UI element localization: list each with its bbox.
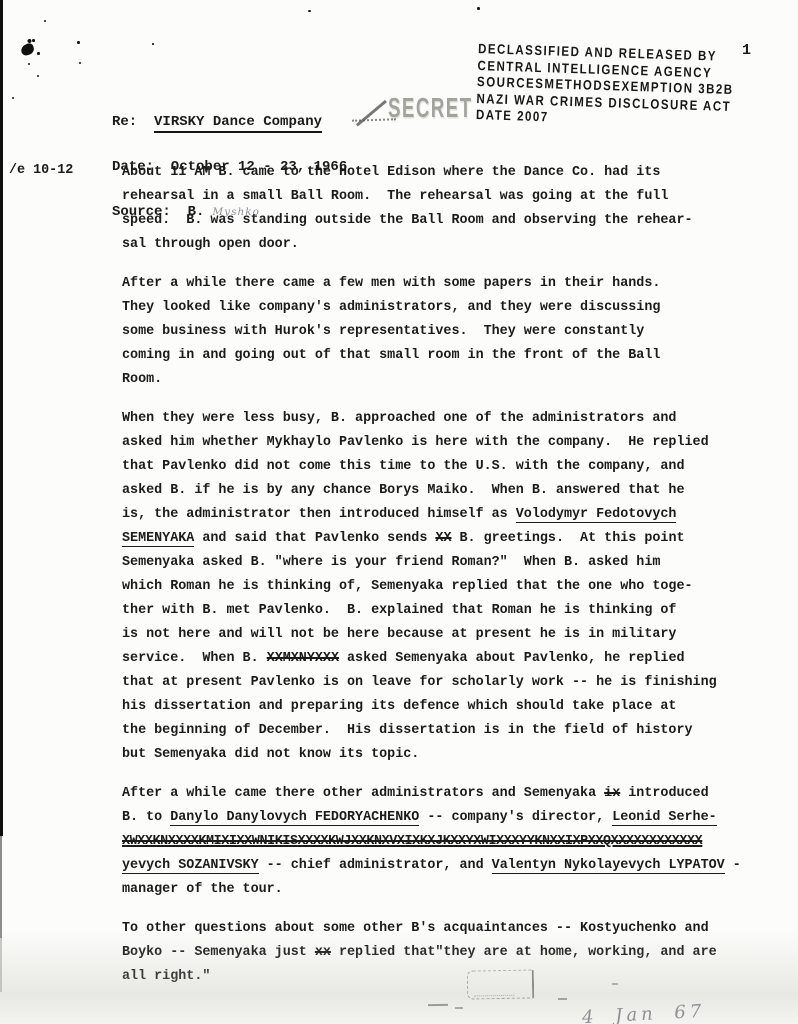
text-run: replied that"they are at home, working, …: [331, 945, 717, 960]
text-run: that at present Pavlenko is on leave for…: [122, 675, 717, 690]
text-run: -: [725, 858, 741, 873]
pencil-dash-mark: [455, 1007, 463, 1009]
document-line: but Semenyaka did not know its topic.: [122, 743, 782, 767]
underlined-text: Danylo Danylovych FEDORYACHENKO: [170, 810, 419, 826]
ink-speck: [152, 43, 154, 45]
paragraph: When they were less busy, B. approached …: [122, 407, 782, 767]
text-run: coming in and going out of that small ro…: [122, 348, 660, 363]
document-line: XWXXKNXXXXKMIXIXXWNIKISXXXXKWJXXKNXVXIXK…: [122, 830, 782, 854]
document-line: is not here and will not be here because…: [122, 623, 782, 647]
overstrike-text: XXMXNYXXX: [267, 651, 339, 666]
document-line: They looked like company's administrator…: [122, 296, 782, 320]
underlined-text: Valentyn Nykolayevych LYPATOV: [492, 858, 725, 874]
text-run: but Semenyaka did not know its topic.: [122, 747, 419, 762]
ink-speck: [77, 41, 80, 44]
ink-speck: [32, 39, 35, 42]
document-line: all right.": [122, 965, 782, 989]
text-run: the beginning of December. His dissertat…: [122, 723, 693, 738]
margin-note: /e 10-12: [9, 163, 73, 178]
text-run: ther with B. met Pavlenko. B. explained …: [122, 603, 676, 618]
paragraph: To other questions about some other B's …: [122, 917, 782, 989]
text-run: is, the administrator then introduced hi…: [122, 507, 516, 522]
text-run: asked Semenyaka about Pavlenko, he repli…: [339, 651, 685, 666]
text-run: manager of the tour.: [122, 882, 283, 897]
paragraph: After a while came there other administr…: [122, 782, 782, 902]
pencil-dash-mark: [428, 1004, 448, 1006]
text-run: service. When B.: [122, 651, 267, 666]
document-line: that Pavlenko did not come this time to …: [122, 455, 782, 479]
text-run: B. to: [122, 810, 170, 825]
underlined-text: Leonid Serhe-: [612, 810, 716, 826]
re-line: Re: VIRSKY Dance Company: [112, 115, 347, 130]
faded-secret-stamp: [467, 969, 534, 999]
document-line: SEMENYAKA and said that Pavlenko sends X…: [122, 527, 782, 551]
document-line: some business with Hurok's representativ…: [122, 320, 782, 344]
text-run: Semenyaka asked B. "where is your friend…: [122, 555, 660, 570]
text-run: About 11 AM B. came to the Hotel Edison …: [122, 165, 660, 180]
pencil-slash-mark: [356, 100, 387, 126]
document-line: B. to Danylo Danylovych FEDORYACHENKO --…: [122, 806, 782, 830]
overstrike-text: XX: [435, 531, 451, 546]
overstrike-text: xx: [315, 945, 331, 960]
document-line: sal through open door.: [122, 233, 782, 257]
text-run: After a while there came a few men with …: [122, 276, 660, 291]
document-line: his dissertation and preparing its defen…: [122, 695, 782, 719]
scan-edge-artifact: [0, 836, 2, 938]
text-run: his dissertation and preparing its defen…: [122, 699, 676, 714]
document-line: coming in and going out of that small ro…: [122, 344, 782, 368]
secret-stamp: SECRET: [388, 92, 468, 124]
paragraph: About 11 AM B. came to the Hotel Edison …: [122, 161, 782, 257]
overstrike-text: XWXXKNXXXXKMIXIXXWNIKISXXXXKWJXXKNXVXIXK…: [122, 834, 702, 849]
document-line: ther with B. met Pavlenko. B. explained …: [122, 599, 782, 623]
text-run: They looked like company's administrator…: [122, 300, 660, 315]
ink-speck: [28, 63, 30, 65]
ink-speck: [37, 52, 40, 55]
text-run: speed. B. was standing outside the Ball …: [122, 213, 693, 228]
pencil-dash-mark: [612, 983, 618, 985]
text-run: sal through open door.: [122, 237, 299, 252]
document-line: After a while there came a few men with …: [122, 272, 782, 296]
ink-speck: [12, 97, 14, 99]
text-run: Room.: [122, 372, 162, 387]
text-run: When they were less busy, B. approached …: [122, 411, 676, 426]
document-line: After a while came there other administr…: [122, 782, 782, 806]
document-line: To other questions about some other B's …: [122, 917, 782, 941]
re-subject: VIRSKY Dance Company: [154, 114, 322, 133]
text-run: which Roman he is thinking of, Semenyaka…: [122, 579, 693, 594]
text-run: -- company's director,: [419, 810, 612, 825]
document-line: asked him whether Mykhaylo Pavlenko is h…: [122, 431, 782, 455]
declassification-stamp: DECLASSIFIED AND RELEASED BYCENTRAL INTE…: [476, 40, 728, 130]
document-line: About 11 AM B. came to the Hotel Edison …: [122, 161, 782, 185]
text-run: B. greetings. At this point: [451, 531, 684, 546]
text-run: and said that Pavlenko sends: [194, 531, 435, 546]
ink-speck: [79, 62, 81, 64]
text-run: introduced: [620, 786, 708, 801]
underlined-text: Volodymyr Fedotovych: [516, 507, 677, 523]
handwritten-date: 4 Jan 67: [582, 1001, 706, 1024]
secret-stamp-text: SECRET: [388, 92, 446, 125]
underlined-text: yevych SOZANIVSKY: [122, 858, 259, 874]
paragraph: After a while there came a few men with …: [122, 272, 782, 392]
document-line: asked B. if he is by any chance Borys Ma…: [122, 479, 782, 503]
document-line: that at present Pavlenko is on leave for…: [122, 671, 782, 695]
text-run: Boyko -- Semenyaka just: [122, 945, 315, 960]
text-run: all right.": [122, 969, 210, 984]
text-run: To other questions about some other B's …: [122, 921, 709, 936]
text-run: After a while came there other administr…: [122, 786, 604, 801]
underlined-text: SEMENYAKA: [122, 531, 194, 547]
text-run: -- chief administrator, and: [259, 858, 492, 873]
text-run: rehearsal in a small Ball Room. The rehe…: [122, 189, 668, 204]
document-page: 1 DECLASSIFIED AND RELEASED BYCENTRAL IN…: [0, 0, 798, 1024]
text-run: that Pavlenko did not come this time to …: [122, 459, 685, 474]
document-line: rehearsal in a small Ball Room. The rehe…: [122, 185, 782, 209]
scan-edge-artifact: [0, 938, 2, 992]
re-label: Re:: [112, 114, 154, 130]
document-line: service. When B. XXMXNYXXX asked Semenya…: [122, 647, 782, 671]
text-run: asked B. if he is by any chance Borys Ma…: [122, 483, 685, 498]
document-line: is, the administrator then introduced hi…: [122, 503, 782, 527]
document-line: When they were less busy, B. approached …: [122, 407, 782, 431]
document-line: manager of the tour.: [122, 878, 782, 902]
overstrike-text: ix: [604, 786, 620, 801]
document-line: Semenyaka asked B. "where is your friend…: [122, 551, 782, 575]
ink-speck: [477, 7, 480, 10]
document-line: Boyko -- Semenyaka just xx replied that"…: [122, 941, 782, 965]
document-line: yevych SOZANIVSKY -- chief administrator…: [122, 854, 782, 878]
ink-speck: [308, 10, 311, 12]
document-line: Room.: [122, 368, 782, 392]
ink-blot: [20, 42, 36, 56]
ink-speck: [44, 20, 46, 22]
scan-edge-artifact: [0, 0, 3, 836]
ink-speck: [37, 75, 39, 77]
text-run: some business with Hurok's representativ…: [122, 324, 644, 339]
pencil-dash-mark: [558, 998, 567, 1000]
document-line: the beginning of December. His dissertat…: [122, 719, 782, 743]
text-run: asked him whether Mykhaylo Pavlenko is h…: [122, 435, 709, 450]
text-run: is not here and will not be here because…: [122, 627, 676, 642]
document-body: About 11 AM B. came to the Hotel Edison …: [122, 161, 782, 1004]
document-line: speed. B. was standing outside the Ball …: [122, 209, 782, 233]
document-line: which Roman he is thinking of, Semenyaka…: [122, 575, 782, 599]
page-number: 1: [742, 42, 751, 59]
